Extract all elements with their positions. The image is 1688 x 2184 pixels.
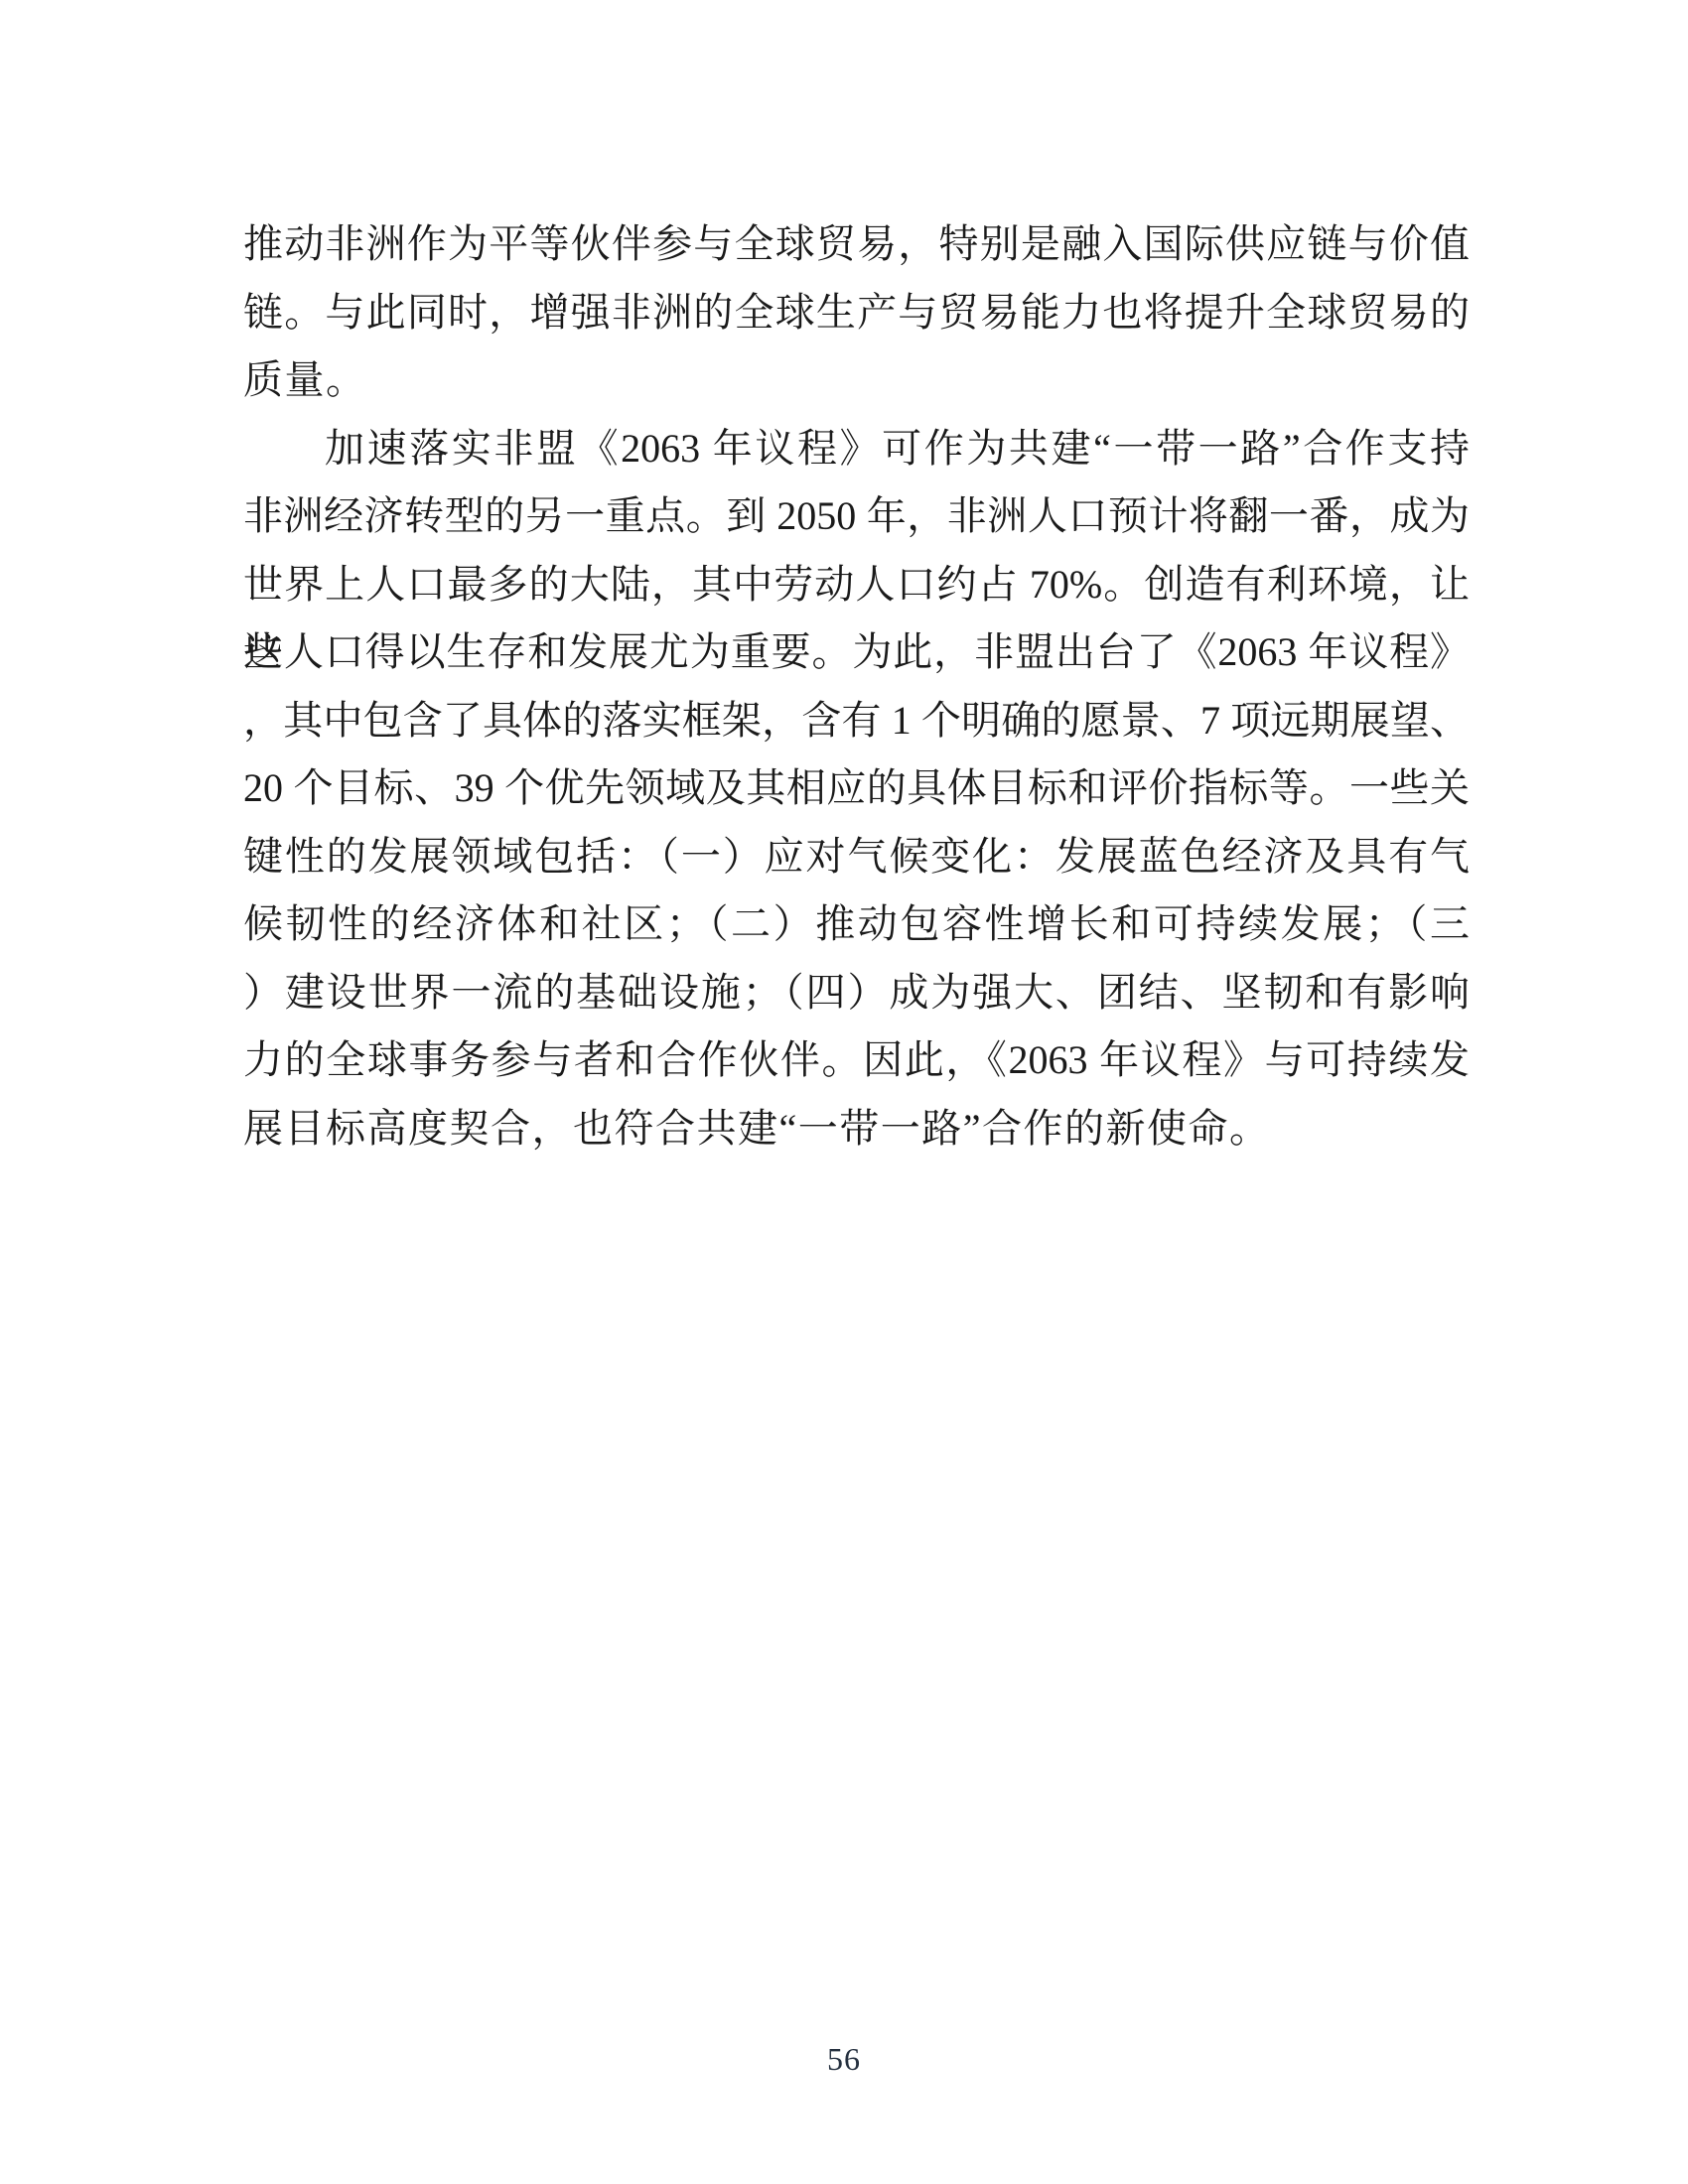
text-line: 加速落实非盟《2063 年议程》可作为共建“一带一路”合作支持 — [243, 415, 1470, 483]
document-page: 推动非洲作为平等伙伴参与全球贸易，特别是融入国际供应链与价值链。与此同时，增强非… — [0, 0, 1688, 2184]
text-line: 展目标高度契合，也符合共建“一带一路”合作的新使命。 — [243, 1095, 1470, 1163]
text-line: 20 个目标、39 个优先领域及其相应的具体目标和评价指标等。一些关 — [243, 754, 1470, 823]
text-line: 键性的发展领域包括：（一）应对气候变化：发展蓝色经济及具有气 — [243, 823, 1470, 891]
text-line: 世界上人口最多的大陆，其中劳动人口约占 70%。创造有利环境，让这 — [243, 551, 1470, 619]
paragraph: 加速落实非盟《2063 年议程》可作为共建“一带一路”合作支持非洲经济转型的另一… — [243, 415, 1470, 1163]
page-footer: 56 — [0, 2041, 1688, 2078]
text-line: 些人口得以生存和发展尤为重要。为此，非盟出台了《2063 年议程》 — [243, 618, 1470, 687]
text-line: 链。与此同时，增强非洲的全球生产与贸易能力也将提升全球贸易的 — [243, 279, 1470, 347]
paragraph: 推动非洲作为平等伙伴参与全球贸易，特别是融入国际供应链与价值链。与此同时，增强非… — [243, 210, 1470, 415]
text-line: 候韧性的经济体和社区；（二）推动包容性增长和可持续发展；（三 — [243, 890, 1470, 959]
text-line: 力的全球事务参与者和合作伙伴。因此，《2063 年议程》与可持续发 — [243, 1026, 1470, 1095]
text-line: 质量。 — [243, 346, 1470, 415]
text-line: 推动非洲作为平等伙伴参与全球贸易，特别是融入国际供应链与价值 — [243, 210, 1470, 279]
text-line: 非洲经济转型的另一重点。到 2050 年，非洲人口预计将翻一番，成为 — [243, 482, 1470, 551]
text-line: ）建设世界一流的基础设施；（四）成为强大、团结、坚韧和有影响 — [243, 959, 1470, 1027]
text-line: ，其中包含了具体的落实框架，含有 1 个明确的愿景、7 项远期展望、 — [243, 687, 1470, 755]
page-number: 56 — [827, 2041, 861, 2077]
text-block: 推动非洲作为平等伙伴参与全球贸易，特别是融入国际供应链与价值链。与此同时，增强非… — [243, 210, 1470, 1162]
